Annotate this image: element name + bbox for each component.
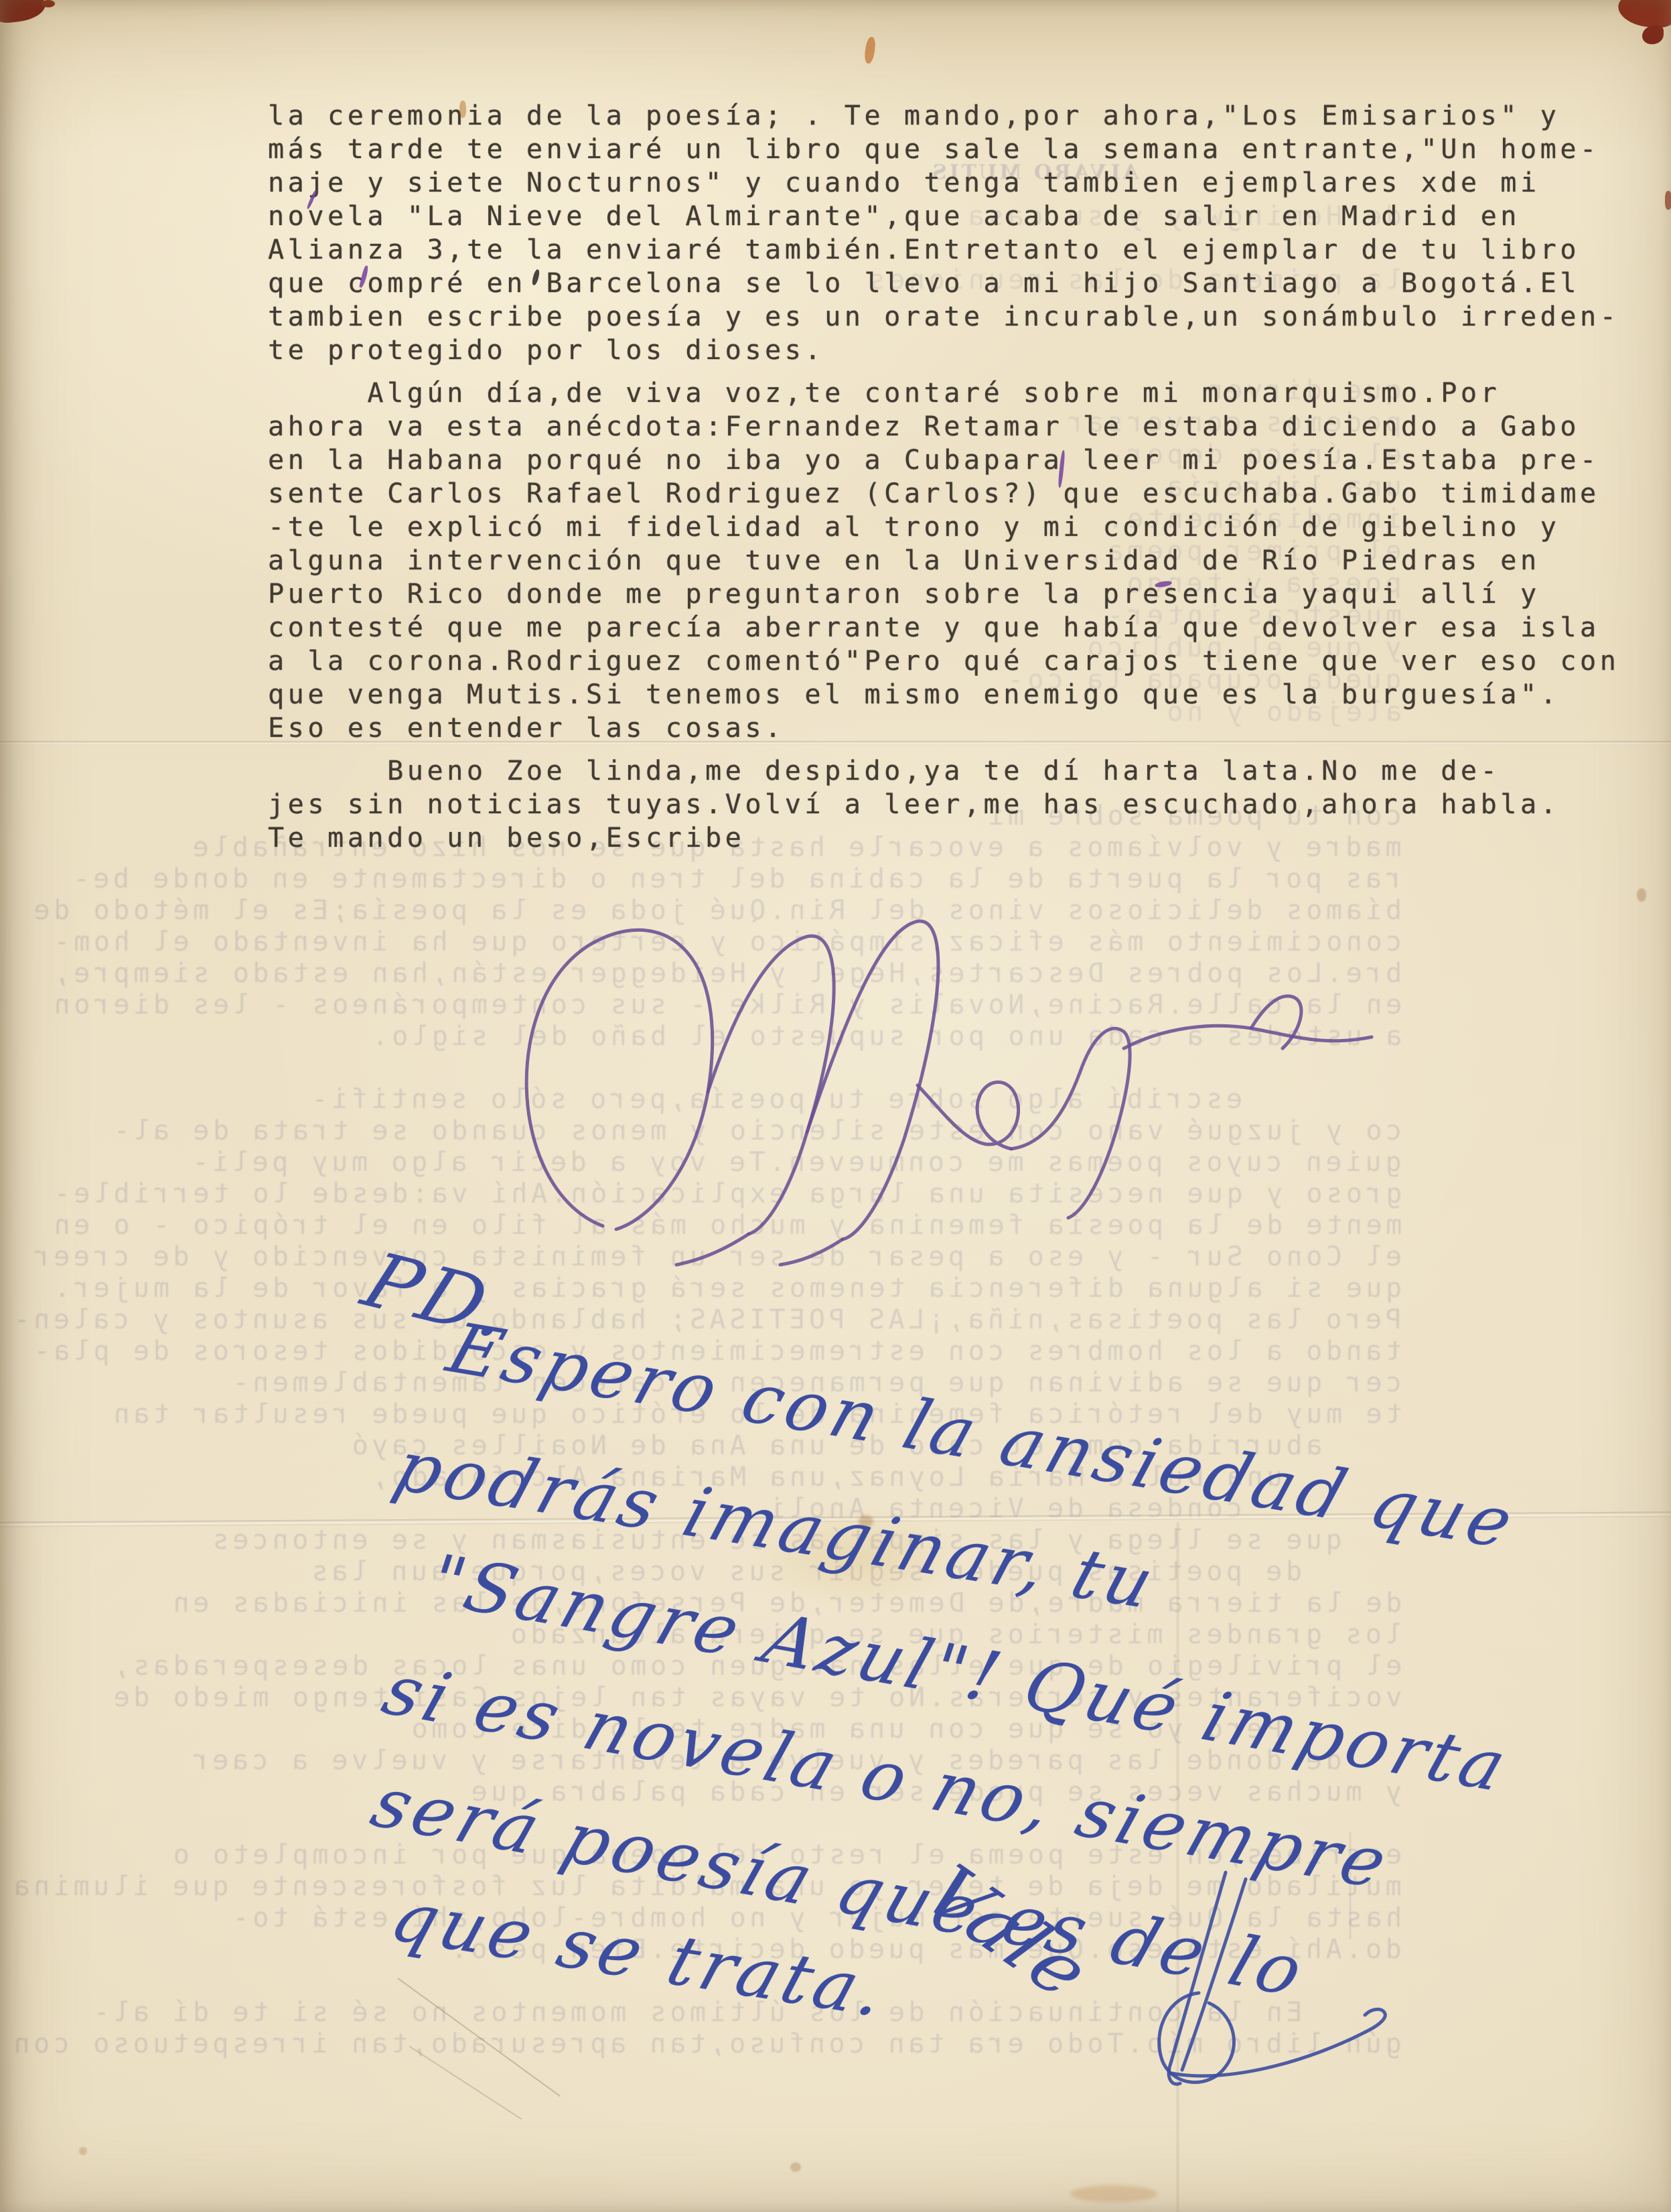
typed-paragraph: Algún día,de viva voz,te contaré sobre m… [268,376,1619,745]
scan-edge-mark [1665,191,1671,210]
typed-line: más tarde te enviaré un libro que sale l… [268,133,1619,166]
typed-line: te protegido por los dioses. [268,334,1619,367]
typed-line: jes sin noticias tuyas.Volví a leer,me h… [268,788,1619,821]
ghost-line: que si alguna diferencia tenemos será gr… [50,1273,1402,1304]
typed-line: Algún día,de viva voz,te contaré sobre m… [268,376,1619,410]
paper-stain [863,36,876,64]
typed-paragraph: la ceremonia de la poesía; . Te mando,po… [268,99,1619,367]
typed-line: Eso es entender las cosas. [268,711,1619,745]
paper-stain [790,2162,801,2172]
typed-line: alguna intervención que tuve en la Unive… [268,544,1619,577]
typed-text: la ceremonia de la poesía; . Te mando,po… [268,99,1619,855]
typed-line: Bueno Zoe linda,me despido,ya te dí hart… [268,754,1619,788]
typed-line: -te le explicó mi fidelidad al trono y m… [268,510,1619,544]
typed-line: Te mando un beso,Escribe [268,821,1619,855]
typed-line: que venga Mutis.Si tenemos el mismo enem… [268,678,1619,711]
letter-scan-page: con tu poema sobre mimadre y volvíamos a… [0,0,1671,2212]
typed-line: a la corona.Rodriguez comentó"Pero qué c… [268,644,1619,678]
scan-corner-mark [1617,0,1671,29]
ghost-line: ras por la puerta de la cabina del tren … [70,863,1402,895]
signature-name-label: Alvaro [0,0,1,1]
typed-line: ahora va esta anécdota:Fernandez Retamar… [268,410,1619,443]
typed-line: la ceremonia de la poesía; . Te mando,po… [268,99,1619,133]
scan-corner-mark [42,0,55,7]
typed-line: Puerto Rico donde me preguntaron sobre l… [268,577,1619,611]
typed-paragraph: Bueno Zoe linda,me despido,ya te dí hart… [268,754,1619,855]
paper-stain [79,2147,87,2155]
typed-line: sente Carlos Rafael Rodriguez (Carlos?) … [268,477,1619,510]
signature-alvaro [382,891,1400,1266]
scan-corner-mark [0,0,47,25]
typed-line: tambien escribe poesía y es un orate inc… [268,300,1619,334]
typed-line: que compré en Barcelona se lo llevo a mi… [268,267,1619,300]
typed-line: novela "La Nieve del Almirante",que acab… [268,200,1619,233]
paper-stain [1637,888,1646,902]
typed-line: Alianza 3,te la enviaré también.Entretan… [268,233,1619,267]
signature-rubric [1132,1862,1453,2211]
scan-corner-mark [1642,25,1664,44]
typed-line: naje y siete Nocturnos" y cuando tenga t… [268,166,1619,200]
ghost-line: Pero las poetisas,niña,¡LAS POETISAS; ha… [10,1304,1402,1336]
typed-line: en la Habana porqué no iba yo a Cubapara… [268,443,1619,477]
typed-line: contesté que me parecía aberrante y que … [268,611,1619,644]
